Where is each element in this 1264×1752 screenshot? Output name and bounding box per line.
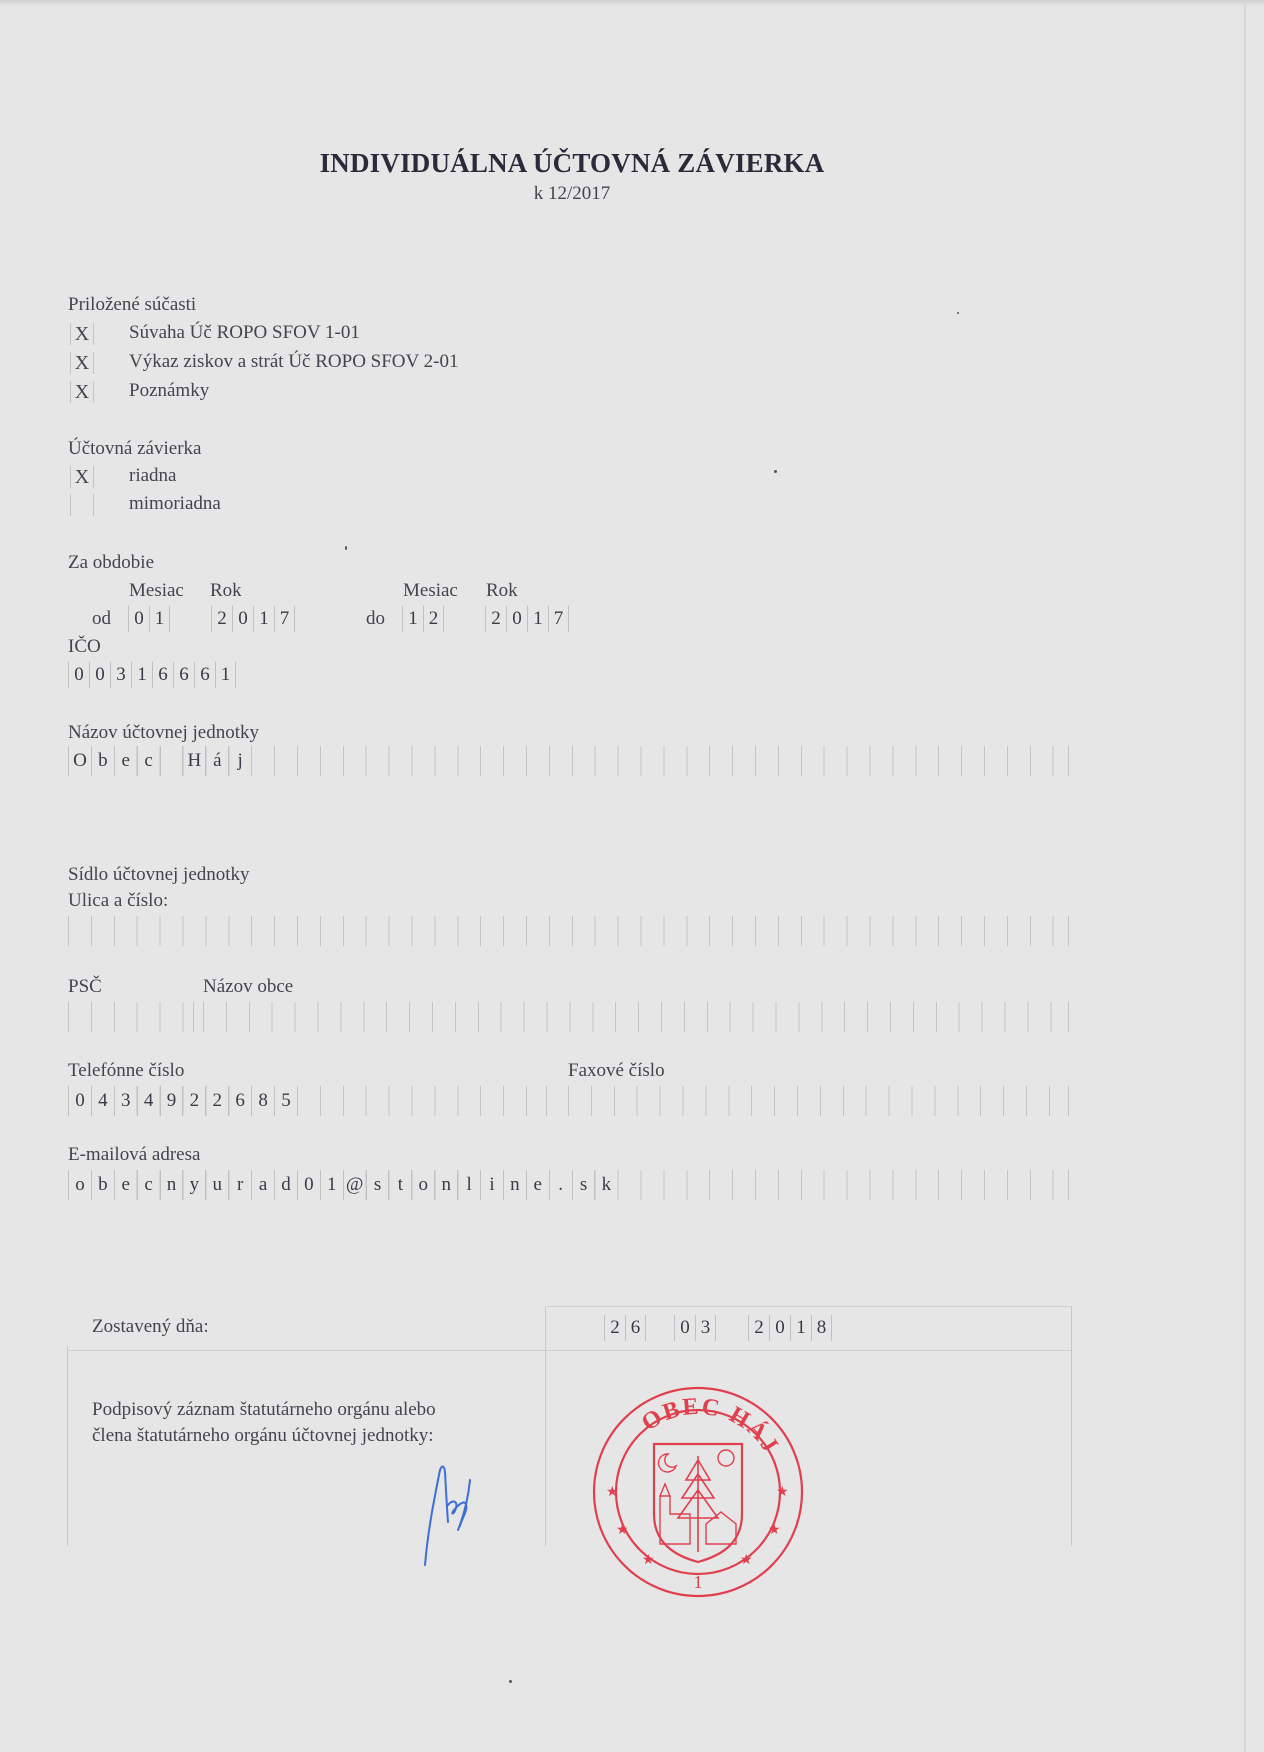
char-box: n [434, 1170, 457, 1200]
digit-box: 7 [548, 606, 569, 632]
digit-box: 4 [137, 1086, 160, 1116]
page-subtitle: k 12/2017 [0, 183, 1144, 205]
char-box: s [572, 1170, 595, 1200]
char-box: e [114, 746, 137, 776]
char-box: á [205, 746, 228, 776]
period-to-label: do [366, 608, 385, 630]
char-box: r [228, 1170, 251, 1200]
attachment-checkbox-2[interactable]: X [70, 352, 94, 374]
char-box: j [228, 746, 251, 776]
divider [545, 1306, 546, 1546]
svg-text:★: ★ [616, 1523, 629, 1538]
compiled-month-field[interactable]: 0 3 [674, 1315, 716, 1341]
official-stamp: OBEC HÁJ 1 ★ ★ ★ ★ ★ ★ [590, 1384, 806, 1600]
period-to-month-label: Mesiac [403, 580, 458, 602]
scan-top-edge [0, 0, 1264, 6]
digit-box: 3 [110, 662, 131, 688]
period-to-year-field[interactable]: 2 0 1 7 [485, 606, 569, 632]
char-box: y [182, 1170, 205, 1200]
entity-name-label: Názov účtovnej jednotky [68, 722, 259, 744]
digit-box: 2 [423, 606, 444, 632]
attachment-label-2: Výkaz ziskov a strát Úč ROPO SFOV 2-01 [129, 351, 459, 373]
ico-label: IČO [68, 636, 101, 658]
digit-box: 6 [152, 662, 173, 688]
char-box: k [594, 1170, 617, 1200]
digit-box: 1 [790, 1315, 811, 1341]
email-chars: obecnyurad01@stonline.sk [68, 1170, 617, 1200]
digit-box: 1 [149, 606, 170, 632]
svg-text:★: ★ [642, 1553, 655, 1568]
period-from-year-field[interactable]: 2 0 1 7 [211, 606, 295, 632]
digit-box: 0 [769, 1315, 790, 1341]
digit-box: 6 [228, 1086, 251, 1116]
digit-box: 6 [625, 1315, 646, 1341]
fax-label: Faxové číslo [568, 1060, 665, 1082]
digit-box: 0 [128, 606, 149, 632]
digit-box: 0 [674, 1315, 695, 1341]
char-box: n [160, 1170, 183, 1200]
char-box: 0 [297, 1170, 320, 1200]
char-box: n [503, 1170, 526, 1200]
digit-box: 1 [131, 662, 152, 688]
divider [547, 1306, 1072, 1307]
char-box: O [68, 746, 91, 776]
compiled-date-label: Zostavený dňa: [92, 1316, 209, 1338]
statement-type-heading: Účtovná závierka [68, 438, 201, 460]
scan-speck [345, 546, 347, 550]
char-box: e [114, 1170, 137, 1200]
scan-right-edge [1244, 0, 1246, 1752]
city-field[interactable] [203, 1002, 1069, 1032]
char-box: i [480, 1170, 503, 1200]
digit-box: 2 [748, 1315, 769, 1341]
email-label: E-mailová adresa [68, 1144, 200, 1166]
digit-box: 2 [485, 606, 506, 632]
char-box [160, 746, 183, 776]
digit-box: 1 [402, 606, 423, 632]
digit-box: 1 [527, 606, 548, 632]
psc-field[interactable] [68, 1002, 194, 1032]
digit-box: 0 [506, 606, 527, 632]
ico-field[interactable]: 0 0 3 1 6 6 6 1 [68, 662, 236, 688]
period-from-year-label: Rok [210, 580, 242, 602]
attachment-checkbox-1[interactable]: X [70, 323, 94, 345]
svg-text:★: ★ [768, 1523, 781, 1538]
svg-text:★: ★ [776, 1485, 789, 1500]
digit-box: 6 [173, 662, 194, 688]
digit-box: 0 [89, 662, 110, 688]
digit-box: 1 [215, 662, 236, 688]
digit-box: 1 [253, 606, 274, 632]
scan-speck [774, 470, 777, 473]
svg-text:★: ★ [740, 1553, 753, 1568]
statement-type-checkbox-regular[interactable]: X [70, 466, 94, 488]
digit-box: 0 [232, 606, 253, 632]
handwritten-signature [420, 1460, 500, 1570]
char-box: u [205, 1170, 228, 1200]
digit-box: 0 [68, 1086, 91, 1116]
char-box: e [526, 1170, 549, 1200]
divider [1071, 1306, 1072, 1546]
street-field[interactable] [68, 916, 1069, 946]
period-from-month-label: Mesiac [129, 580, 184, 602]
entity-name-chars: O b e c H á j [68, 746, 251, 776]
phone-label: Telefónne číslo [68, 1060, 184, 1082]
svg-text:OBEC HÁJ: OBEC HÁJ [637, 1394, 784, 1459]
signature-label-line1: Podpisový záznam štatutárneho orgánu ale… [92, 1399, 436, 1421]
digit-box: 3 [695, 1315, 716, 1341]
period-from-label: od [92, 608, 111, 630]
digit-box: 4 [91, 1086, 114, 1116]
digit-box: 8 [811, 1315, 832, 1341]
digit-box: 3 [114, 1086, 137, 1116]
attachment-label-1: Súvaha Úč ROPO SFOV 1-01 [129, 322, 360, 344]
street-label: Ulica a číslo: [68, 890, 168, 912]
phone-chars: 0 4 3 4 9 2 2 6 8 5 [68, 1086, 297, 1116]
char-box: t [388, 1170, 411, 1200]
scan-speck [957, 312, 959, 314]
title-block: INDIVIDUÁLNA ÚČTOVNÁ ZÁVIERKA k 12/2017 [0, 148, 1144, 205]
digit-box: 7 [274, 606, 295, 632]
char-box: @ [343, 1170, 366, 1200]
char-box: c [137, 746, 160, 776]
psc-label: PSČ [68, 976, 102, 998]
digit-box: 0 [68, 662, 89, 688]
digit-box: 2 [205, 1086, 228, 1116]
digit-box: 5 [274, 1086, 297, 1116]
svg-text:1: 1 [694, 1572, 703, 1592]
signature-label-line2: člena štatutárneho orgánu účtovnej jedno… [92, 1425, 434, 1447]
char-box: b [91, 1170, 114, 1200]
statement-type-label-regular: riadna [129, 465, 176, 487]
period-from-month-field[interactable]: 0 1 [128, 606, 170, 632]
statement-type-checkbox-extraordinary[interactable] [70, 494, 94, 516]
digit-box: 2 [182, 1086, 205, 1116]
period-heading: Za obdobie [68, 552, 154, 574]
compiled-day-field[interactable]: 2 6 [604, 1315, 646, 1341]
address-heading: Sídlo účtovnej jednotky [68, 864, 250, 886]
divider [67, 1346, 68, 1546]
page-title: INDIVIDUÁLNA ÚČTOVNÁ ZÁVIERKA [0, 148, 1144, 179]
digit-box: 2 [604, 1315, 625, 1341]
char-box: 1 [320, 1170, 343, 1200]
char-box: o [411, 1170, 434, 1200]
digit-box: 6 [194, 662, 215, 688]
attachment-checkbox-3[interactable]: X [70, 381, 94, 403]
char-box: c [137, 1170, 160, 1200]
char-box: s [366, 1170, 389, 1200]
period-to-year-label: Rok [486, 580, 518, 602]
char-box: l [457, 1170, 480, 1200]
char-box: H [182, 746, 205, 776]
divider [67, 1350, 1072, 1351]
svg-text:★: ★ [606, 1485, 619, 1500]
char-box: b [91, 746, 114, 776]
attachment-label-3: Poznámky [129, 380, 209, 402]
digit-box: 8 [251, 1086, 274, 1116]
char-box: d [274, 1170, 297, 1200]
period-to-month-field[interactable]: 1 2 [402, 606, 444, 632]
digit-box: 9 [160, 1086, 183, 1116]
scan-speck [509, 1680, 512, 1683]
fax-field[interactable] [568, 1086, 1069, 1116]
digit-box: 2 [211, 606, 232, 632]
compiled-year-field[interactable]: 2 0 1 8 [748, 1315, 832, 1341]
city-label: Názov obce [203, 976, 293, 998]
statement-type-label-extraordinary: mimoriadna [129, 493, 221, 515]
char-box: . [549, 1170, 572, 1200]
char-box: o [68, 1170, 91, 1200]
char-box: a [251, 1170, 274, 1200]
attachments-heading: Priložené súčasti [68, 294, 196, 316]
